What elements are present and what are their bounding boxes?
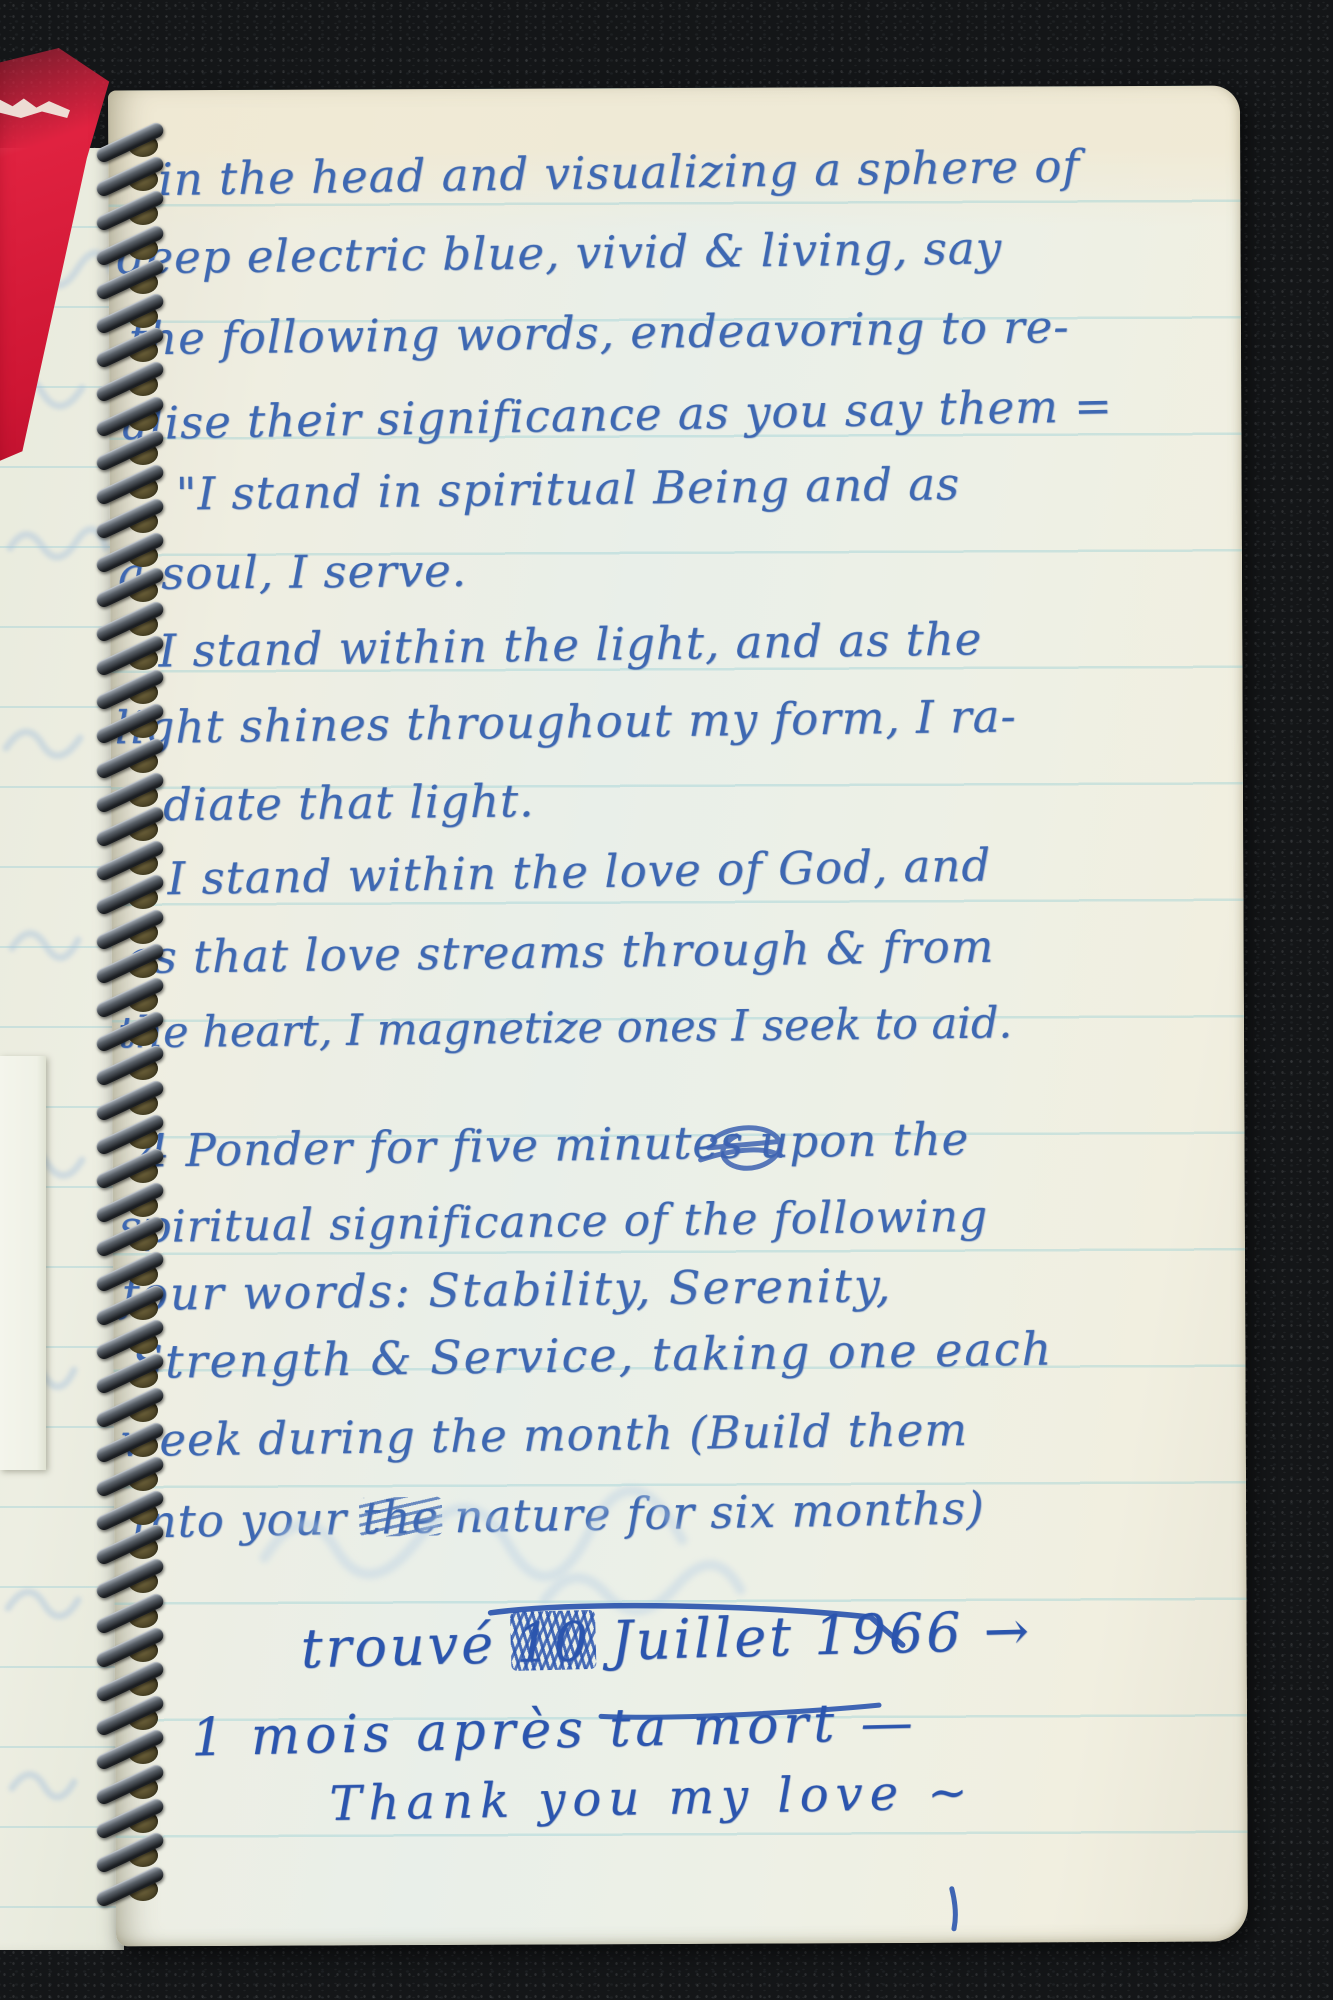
handwriting-line: "I stand in spiritual Being and as	[175, 457, 960, 520]
handwriting-line: as that love streams through & from	[125, 920, 994, 984]
handwriting-line: light shines throughout my form, I ra-	[114, 690, 1017, 755]
handwriting-line: the heart, I magnetize ones I seek to ai…	[118, 998, 1013, 1058]
ink-mark	[952, 1889, 956, 1929]
handwriting-layer: in the head and visualizing a sphere ofd…	[108, 86, 1240, 91]
struck-out-word: the	[362, 1491, 440, 1545]
handwriting-line: week during the month (Build them	[120, 1403, 969, 1467]
handwriting-line: I stand within the light, and as the	[158, 612, 983, 677]
handwriting-line: four words: Stability, Serenity,	[121, 1258, 893, 1321]
handwriting-line: spiritual significance of the following	[119, 1191, 989, 1253]
handwriting-line: I stand within the love of God, and	[167, 839, 992, 906]
handwriting-line: into your the nature for six months)	[132, 1481, 985, 1548]
footer-handwriting-line: trouvé 10 Juillet 1966 →	[300, 1599, 1033, 1680]
notebook-page: in the head and visualizing a sphere ofd…	[108, 86, 1248, 1947]
handwriting-line: alise their significance as you say them…	[121, 379, 1113, 450]
struck-out-word: 10	[515, 1610, 591, 1675]
footer-handwriting-line: Thank you my love ~	[329, 1764, 975, 1832]
footer-handwriting-line: 1 mois après ta mort —	[191, 1693, 919, 1769]
paper-patch	[0, 1056, 46, 1470]
handwriting-line: diate that light.	[163, 774, 535, 831]
handwriting-line: deep electric blue, vivid & living, say	[116, 221, 1002, 284]
handwriting-line: in the head and visualizing a sphere of	[158, 139, 1080, 206]
notebook-photo: in the head and visualizing a sphere ofd…	[0, 0, 1333, 2000]
handwriting-line: 4 Ponder for five minutes upon the	[140, 1112, 969, 1177]
handwriting-line: Strength & Service, taking one each	[131, 1322, 1053, 1390]
handwriting-line: the following words, endeavoring to re-	[129, 300, 1070, 365]
handwriting-line: a soul, I serve.	[118, 544, 467, 600]
